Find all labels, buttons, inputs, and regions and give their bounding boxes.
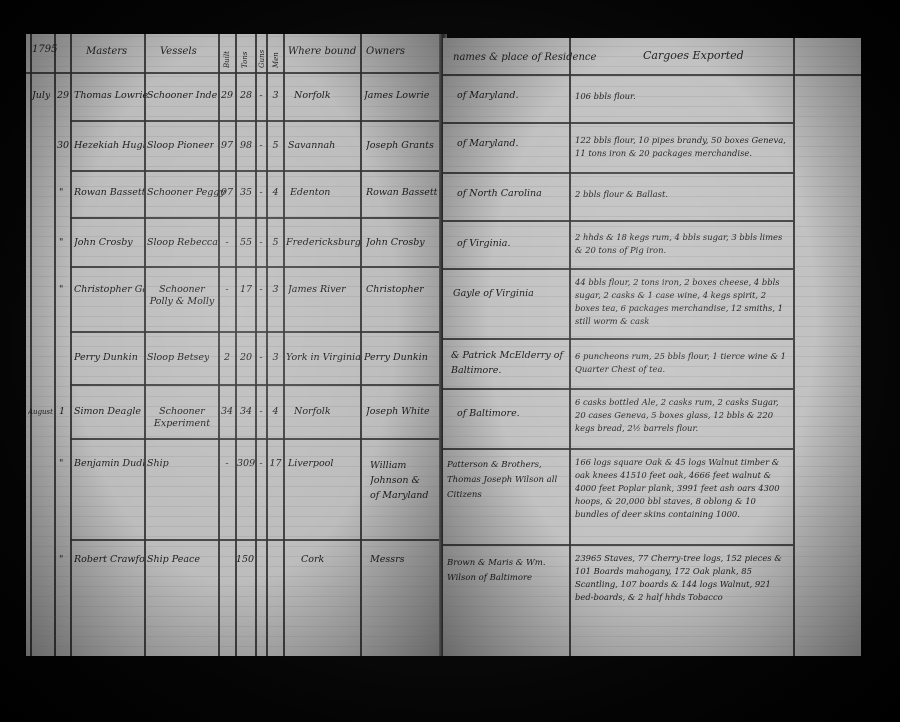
- rule: [70, 120, 442, 122]
- row-tons: 35: [237, 187, 255, 199]
- row-built: 29: [219, 90, 235, 102]
- row-master: Perry Dunkin: [74, 352, 138, 364]
- row-residence: of Maryland.: [457, 90, 567, 102]
- row-tons: 28: [237, 90, 255, 102]
- row-bound: Savannah: [288, 140, 335, 152]
- rule: [218, 34, 220, 656]
- rule: [569, 38, 571, 656]
- row-master: Rowan Bassett: [74, 187, 144, 199]
- row-bound: Fredericksburg: [286, 237, 360, 249]
- row-cargo: 106 bbls flour.: [575, 90, 789, 103]
- row-owner: James Lowrie: [364, 90, 438, 102]
- row-day: 30: [57, 140, 69, 152]
- row-day: ": [59, 458, 63, 470]
- row-men: 3: [268, 90, 283, 102]
- header-where-bound: Where bound: [288, 46, 356, 58]
- row-master: Christopher Gayle: [74, 284, 144, 296]
- row-master: Benjamin Dudley: [74, 458, 144, 470]
- row-built: 97: [219, 187, 235, 199]
- row-residence: of Maryland.: [457, 138, 567, 150]
- row-cargo: 6 puncheons rum, 25 bbls flour, 1 tierce…: [575, 350, 789, 376]
- row-owner: Rowan Bassett: [366, 187, 438, 199]
- rule: [70, 217, 442, 219]
- row-bound: Edenton: [290, 187, 330, 199]
- header-masters: Masters: [86, 46, 127, 58]
- rule: [70, 539, 442, 541]
- row-vessel: Schooner Peggy: [147, 187, 225, 199]
- row-day: ": [59, 554, 63, 566]
- row-built: 2: [219, 352, 235, 364]
- rule: [30, 34, 32, 656]
- rule: [443, 122, 793, 124]
- row-residence: Gayle of Virginia: [453, 288, 567, 300]
- rule: [443, 544, 793, 546]
- row-bound: James River: [288, 284, 346, 296]
- row-day: ": [59, 237, 63, 249]
- rule: [255, 34, 257, 656]
- row-vessel: Sloop Betsey: [147, 352, 209, 364]
- rule: [443, 448, 793, 450]
- row-master: John Crosby: [74, 237, 133, 249]
- rule: [283, 34, 285, 656]
- rule: [266, 34, 268, 656]
- row-bound: Cork: [301, 554, 324, 566]
- header-men: Men: [270, 38, 282, 68]
- row-residence: Brown & Maris & Wm. Wilson of Baltimore: [447, 556, 567, 586]
- row-vessel: Schooner Experiment: [147, 406, 217, 430]
- row-vessel: Schooner Independence: [147, 90, 217, 102]
- row-day: 29: [57, 90, 69, 102]
- rule: [70, 384, 442, 386]
- row-guns: -: [256, 140, 266, 152]
- rule: [443, 338, 793, 340]
- row-owner: Messrs: [370, 554, 405, 566]
- row-month: August: [28, 406, 54, 418]
- row-guns: -: [256, 90, 266, 102]
- row-master: Simon Deagle: [74, 406, 141, 418]
- row-men: 17: [268, 458, 283, 470]
- row-tons: 150: [235, 554, 255, 566]
- row-day: ": [59, 187, 63, 199]
- row-vessel: Ship Peace: [147, 554, 200, 566]
- header-owners: Owners: [366, 46, 405, 58]
- row-men: 3: [268, 352, 283, 364]
- row-cargo: 166 logs square Oak & 45 logs Walnut tim…: [575, 456, 789, 521]
- header-cargo: Cargoes Exported: [643, 50, 744, 62]
- rule: [70, 170, 442, 172]
- row-built: -: [219, 284, 235, 296]
- ledger-right-page: names & place of Residence Cargoes Expor…: [443, 38, 861, 656]
- row-residence: of Virginia.: [457, 238, 567, 250]
- row-vessel: Ship: [147, 458, 169, 470]
- row-men: 5: [268, 237, 283, 249]
- rule: [54, 34, 56, 656]
- header-residence: names & place of Residence: [453, 52, 596, 64]
- rule: [443, 172, 793, 174]
- row-month: July: [32, 90, 50, 102]
- row-owner: John Crosby: [366, 237, 425, 249]
- row-day: ": [59, 284, 63, 296]
- row-owner: William Johnson & of Maryland: [370, 458, 432, 503]
- ledger-left-page: 1795 Masters Vessels Built Tons Guns Men…: [26, 34, 442, 656]
- row-cargo: 122 bbls flour, 10 pipes brandy, 50 boxe…: [575, 134, 789, 160]
- row-guns: -: [256, 406, 266, 418]
- row-cargo: 44 bbls flour, 2 tons iron, 2 boxes chee…: [575, 276, 789, 328]
- row-residence: Patterson & Brothers, Thomas Joseph Wils…: [447, 458, 567, 503]
- rule: [793, 38, 795, 656]
- rule: [70, 331, 442, 333]
- row-men: 3: [268, 284, 283, 296]
- row-cargo: 2 hhds & 18 kegs rum, 4 bbls sugar, 3 bb…: [575, 231, 789, 257]
- row-owner: Perry Dunkin: [364, 352, 438, 364]
- row-owner: Christopher: [366, 284, 424, 296]
- row-owner: Joseph White: [366, 406, 430, 418]
- rule: [443, 220, 793, 222]
- row-built: -: [219, 458, 235, 470]
- row-men: 5: [268, 140, 283, 152]
- row-vessel: Sloop Rebecca: [147, 237, 218, 249]
- row-tons: 98: [237, 140, 255, 152]
- row-master: Robert Crawford: [74, 554, 144, 566]
- row-bound: Norfolk: [294, 90, 331, 102]
- row-tons: 20: [237, 352, 255, 364]
- row-residence: & Patrick McElderry of Baltimore.: [451, 348, 567, 378]
- rule: [443, 268, 793, 270]
- row-residence: of Baltimore.: [457, 408, 567, 420]
- row-tons: 17: [237, 284, 255, 296]
- row-master: Hezekiah Hughes: [74, 140, 144, 152]
- row-guns: -: [256, 458, 266, 470]
- row-bound: Norfolk: [294, 406, 331, 418]
- row-cargo: 6 casks bottled Ale, 2 casks rum, 2 cask…: [575, 396, 789, 435]
- row-guns: -: [256, 352, 266, 364]
- row-cargo: 2 bbls flour & Ballast.: [575, 188, 789, 201]
- rule: [70, 438, 442, 440]
- row-residence: of North Carolina: [457, 188, 567, 200]
- row-bound: Liverpool: [288, 458, 333, 470]
- rule: [443, 388, 793, 390]
- header-vessels: Vessels: [160, 46, 197, 58]
- header-tons: Tons: [239, 38, 251, 68]
- row-tons: 55: [237, 237, 255, 249]
- row-master: Thomas Lowrie: [74, 90, 148, 102]
- rule: [360, 34, 362, 656]
- header-built: Built: [221, 38, 233, 68]
- rule: [70, 266, 442, 268]
- header-year: 1795: [32, 44, 57, 56]
- row-owner: Joseph Grants: [366, 140, 434, 152]
- row-vessel: Schooner Polly & Molly: [147, 284, 217, 308]
- row-built: 97: [219, 140, 235, 152]
- row-tons: 309: [237, 458, 255, 470]
- row-day: 1: [59, 406, 65, 418]
- row-built: 34: [219, 406, 235, 418]
- row-bound: York in Virginia: [286, 352, 360, 364]
- rule: [26, 72, 442, 74]
- row-men: 4: [268, 406, 283, 418]
- rule: [443, 74, 861, 76]
- row-built: -: [219, 237, 235, 249]
- row-cargo: 23965 Staves, 77 Cherry-tree logs, 152 p…: [575, 552, 789, 604]
- row-guns: -: [256, 284, 266, 296]
- row-vessel: Sloop Pioneer: [147, 140, 214, 152]
- row-men: 4: [268, 187, 283, 199]
- rule: [70, 34, 72, 656]
- row-guns: -: [256, 237, 266, 249]
- header-guns: Guns: [256, 38, 268, 68]
- rule: [144, 34, 146, 656]
- row-tons: 34: [237, 406, 255, 418]
- row-guns: -: [256, 187, 266, 199]
